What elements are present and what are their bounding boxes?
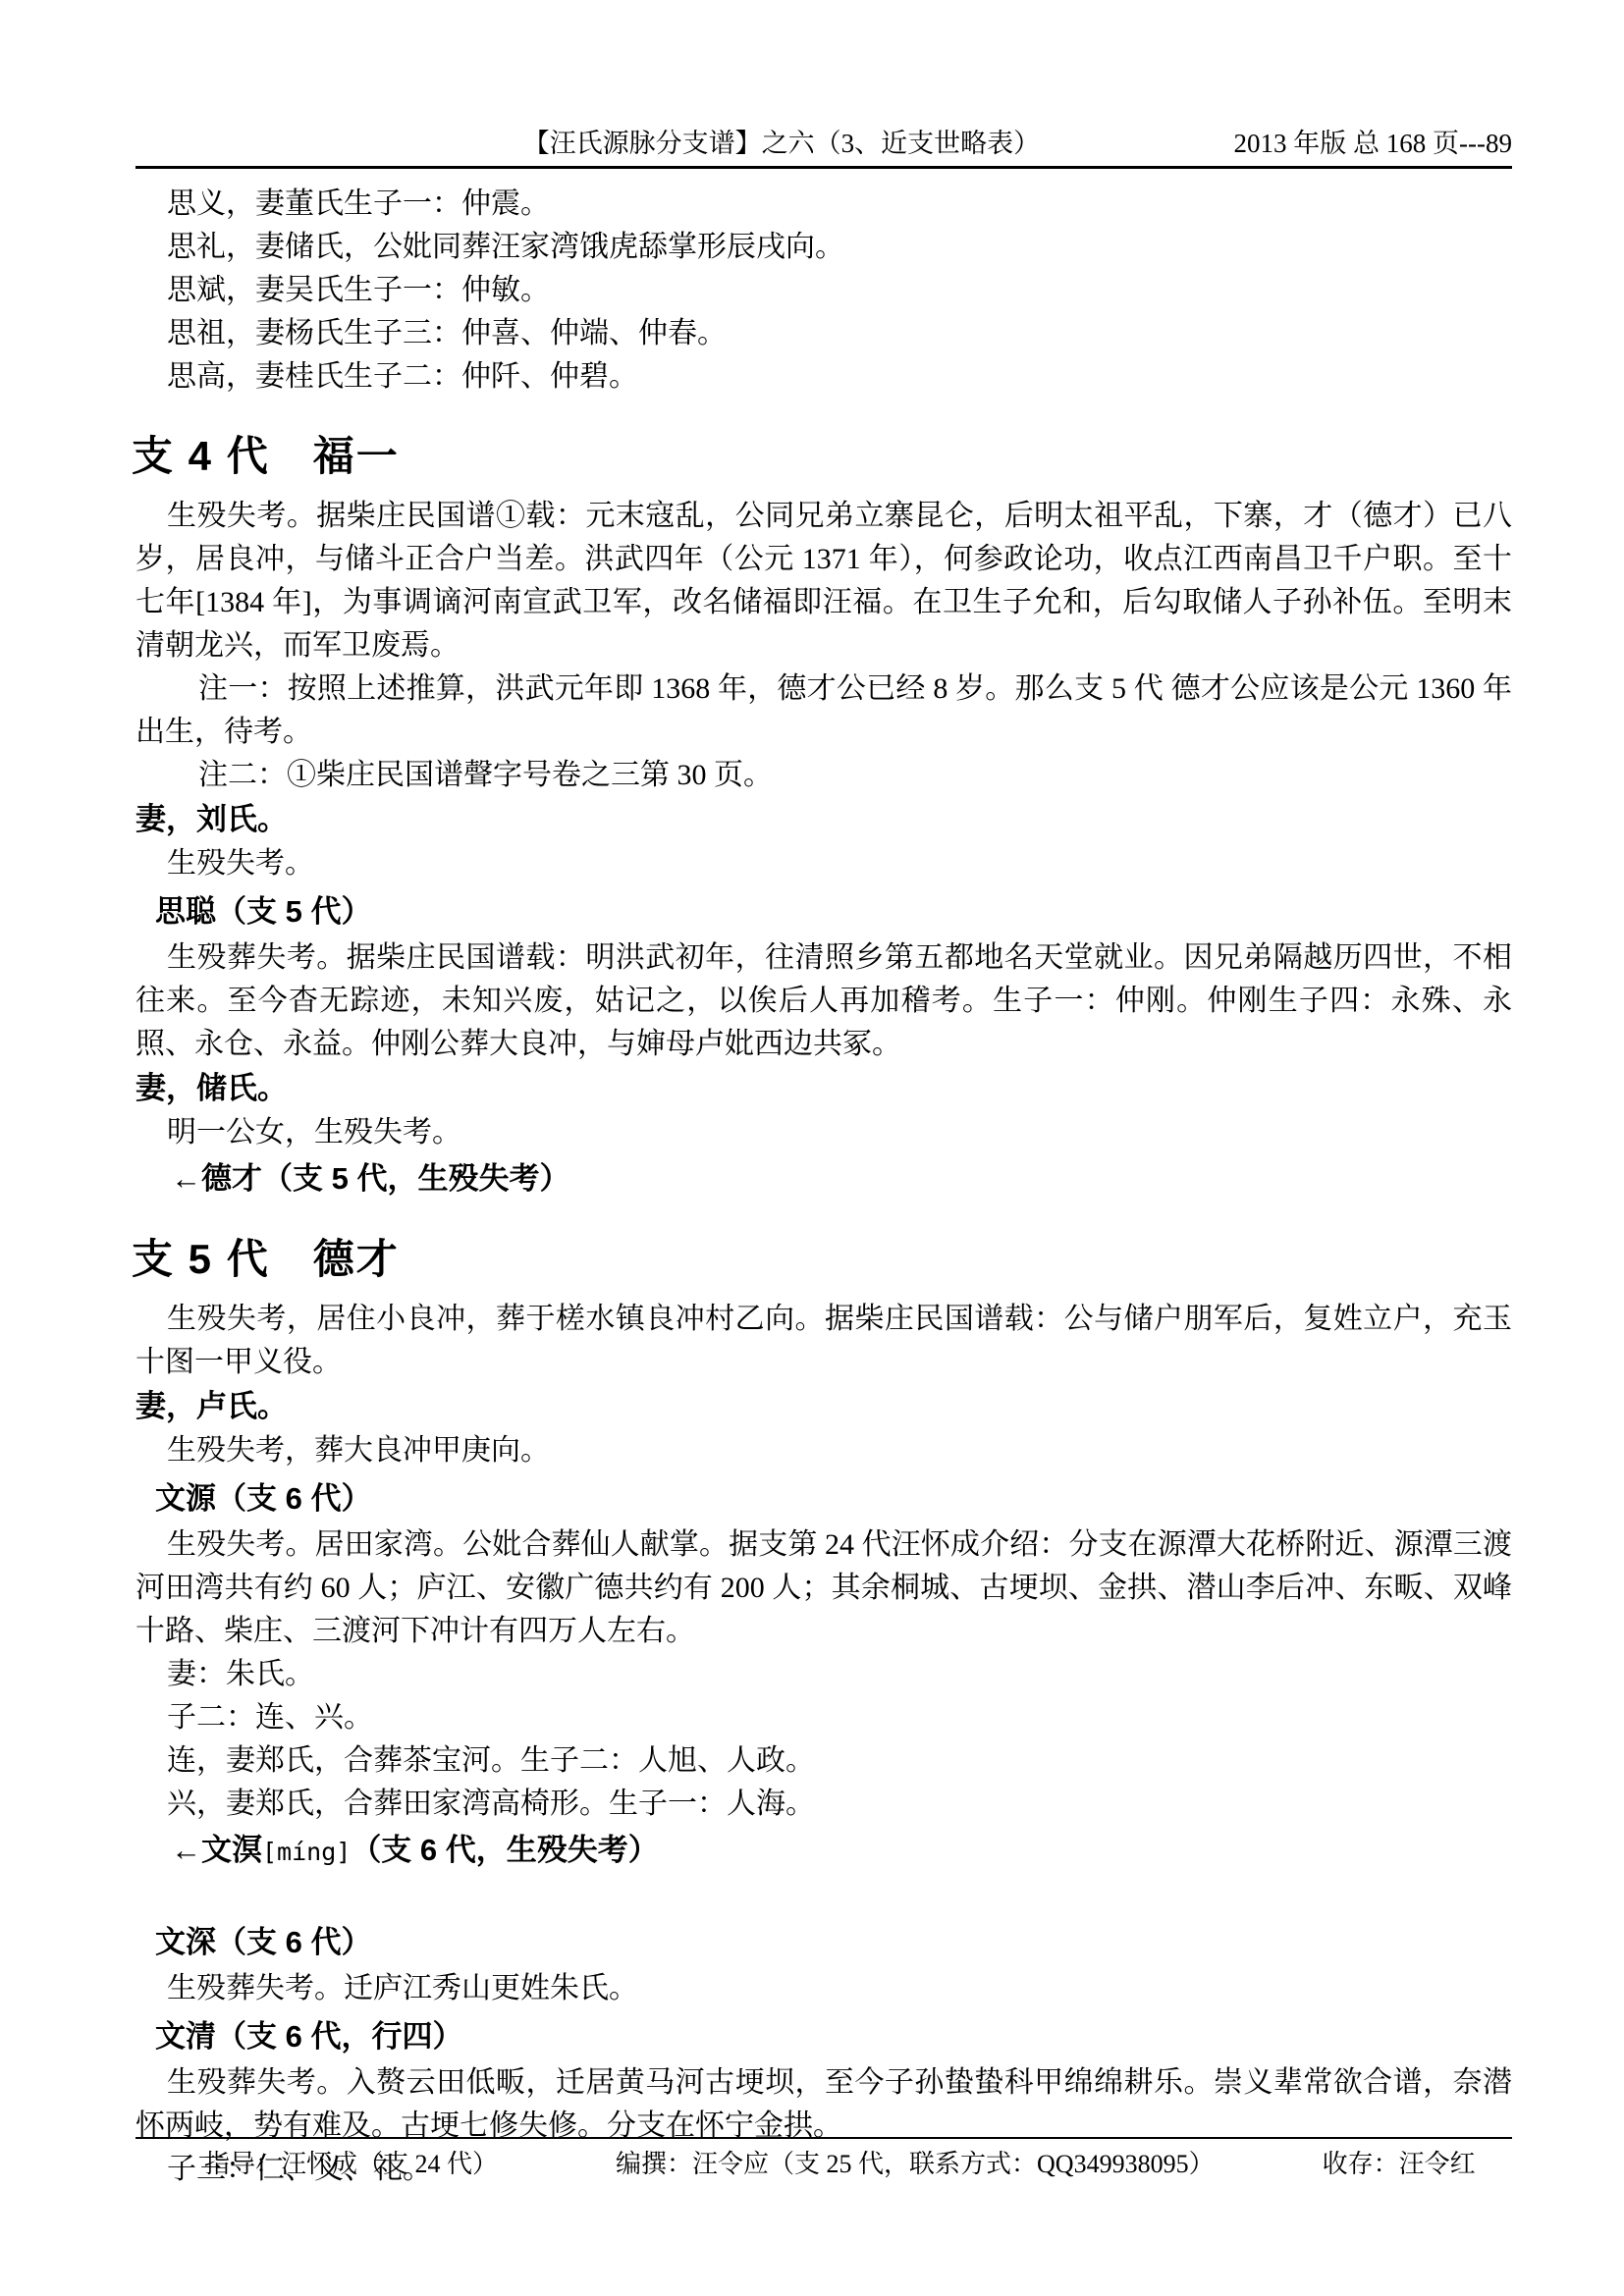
subsection-heading: 文源（支 6 代） (135, 1476, 1512, 1522)
text-line: 生殁葬失考。迁庐江秀山更姓朱氏。 (135, 1967, 1512, 2010)
document-title: 【汪氏源脉分支谱】之六（3、近支世略表） (523, 129, 1041, 158)
section-heading: 支 4 代 福一 (132, 432, 1512, 481)
page-footer: 指导：汪怀成（支 24 代） 编撰：汪令应（支 25 代，联系方式：QQ3499… (135, 2137, 1512, 2180)
text-line: 思义，妻董氏生子一：仲震。 (135, 183, 1512, 226)
cross-reference: ←文溟[míng]（支 6 代，生殁失考） (135, 1828, 1512, 1875)
text-line: 思斌，妻吴氏生子一：仲敏。 (135, 269, 1512, 312)
text-line: 思礼，妻储氏，公妣同葬汪家湾饿虎舔掌形辰戌向。 (135, 226, 1512, 269)
cross-reference: ←德才（支 5 代，生殁失考） (135, 1156, 1512, 1201)
edition-page-number: 2013 年版 总 168 页---89 (1234, 129, 1512, 158)
section-heading: 支 5 代 德才 (132, 1235, 1512, 1284)
document-page: 【汪氏源脉分支谱】之六（3、近支世略表） 2013 年版 总 168 页---8… (0, 0, 1624, 2296)
footer-keeper: 收存：汪令红 (1323, 2149, 1476, 2180)
cross-reference-text: （支 6 代，生殁失考） (351, 1833, 658, 1867)
pinyin-annotation: [míng] (262, 1838, 351, 1866)
cross-reference-text: ←文溟 (171, 1833, 262, 1867)
text-line: 生殁失考，葬大良冲甲庚向。 (135, 1429, 1512, 1472)
text-line: 明一公女，生殁失考。 (135, 1111, 1512, 1154)
paragraph: 生殁失考。居田家湾。公妣合葬仙人献掌。据支第 24 代汪怀成介绍：分支在源潭大花… (135, 1523, 1512, 1653)
text-line: 思祖，妻杨氏生子三：仲喜、仲端、仲春。 (135, 312, 1512, 355)
subsection-heading: 思聪（支 5 代） (135, 889, 1512, 934)
spacer (135, 1877, 1512, 1916)
footer-director: 指导：汪怀成（支 24 代） (204, 2149, 498, 2180)
text-line: 思高，妻桂氏生子二：仲阡、仲碧。 (135, 355, 1512, 399)
spouse-heading: 妻，储氏。 (135, 1066, 1512, 1111)
page-header: 【汪氏源脉分支谱】之六（3、近支世略表） 2013 年版 总 168 页---8… (135, 110, 1512, 169)
paragraph: 生殁失考，居住小良冲，葬于槎水镇良冲村乙向。据柴庄民国谱载：公与储户朋军后，复姓… (135, 1298, 1512, 1384)
text-line: 连，妻郑氏，合葬茶宝河。生子二：人旭、人政。 (135, 1739, 1512, 1783)
text-line: 兴，妻郑氏，合葬田家湾高椅形。生子一：人海。 (135, 1783, 1512, 1826)
subsection-heading: 文深（支 6 代） (135, 1920, 1512, 1965)
footer-compiler: 编撰：汪令应（支 25 代，联系方式：QQ349938095） (616, 2149, 1215, 2180)
text-line: 子二：连、兴。 (135, 1696, 1512, 1739)
spouse-heading: 妻，卢氏。 (135, 1384, 1512, 1429)
paragraph: 生殁葬失考。入赘云田低畈，迁居黄马河古埂坝，至今子孙蛰蛰科甲绵绵耕乐。崇义辈常欲… (135, 2061, 1512, 2148)
spouse-heading: 妻，刘氏。 (135, 797, 1512, 842)
text-line: 妻：朱氏。 (135, 1653, 1512, 1696)
text-line: 生殁失考。 (135, 842, 1512, 885)
subsection-heading: 文清（支 6 代，行四） (135, 2014, 1512, 2059)
paragraph: 生殁失考。据柴庄民国谱①载：元末寇乱，公同兄弟立寨昆仑，后明太祖平乱，下寨，才（… (135, 495, 1512, 667)
document-body: 思义，妻董氏生子一：仲震。思礼，妻储氏，公妣同葬汪家湾饿虎舔掌形辰戌向。思斌，妻… (135, 183, 1512, 2191)
paragraph: 生殁葬失考。据柴庄民国谱载：明洪武初年，往清照乡第五都地名天堂就业。因兄弟隔越历… (135, 936, 1512, 1066)
note-line: 注二：①柴庄民国谱聲字号卷之三第 30 页。 (135, 754, 1512, 797)
note-line: 注一：按照上述推算，洪武元年即 1368 年，德才公已经 8 岁。那么支 5 代… (135, 667, 1512, 754)
